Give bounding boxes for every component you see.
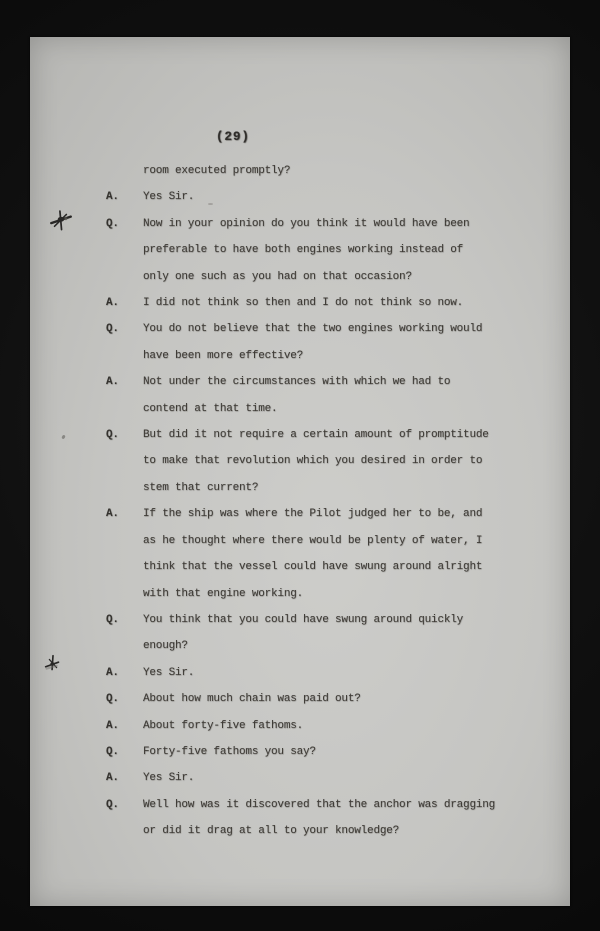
qa-entry: A. Yes Sir.: [106, 184, 556, 210]
transcript-line: enough?: [143, 633, 556, 659]
qa-entry: Q. But did it not require a certain amou…: [106, 422, 556, 501]
qa-entry: A. Not under the circumstances with whic…: [106, 369, 556, 422]
entry-lines: If the ship was where the Pilot judged h…: [143, 501, 556, 607]
transcript-line: think that the vessel could have swung a…: [143, 554, 556, 580]
transcript-line: But did it not require a certain amount …: [143, 422, 556, 448]
qa-entry: A. I did not think so then and I do not …: [106, 290, 556, 316]
ink-speck-icon: [61, 435, 66, 440]
speaker-marker: A.: [106, 290, 143, 316]
speaker-marker: Q.: [106, 686, 143, 712]
transcript-line: Yes Sir.: [143, 765, 556, 791]
document-page: (29) room executed promptly? A. Yes Sir.…: [30, 37, 570, 906]
entry-lines: Now in your opinion do you think it woul…: [143, 211, 556, 290]
entry-lines: About how much chain was paid out?: [143, 686, 556, 712]
qa-entry: A. About forty-five fathoms.: [106, 713, 556, 739]
qa-entry: A. Yes Sir.: [106, 765, 556, 791]
transcript-line: You think that you could have swung arou…: [143, 607, 556, 633]
speaker-marker: A.: [106, 184, 143, 210]
qa-entry: Q. You think that you could have swung a…: [106, 607, 556, 660]
transcript-line: Yes Sir.: [143, 184, 556, 210]
transcript: room executed promptly? A. Yes Sir. Q. N…: [106, 158, 556, 845]
entry-lines: room executed promptly?: [143, 158, 556, 184]
entry-lines: Forty-five fathoms you say?: [143, 739, 556, 765]
speaker-marker: A.: [106, 713, 143, 739]
qa-entry: A. If the ship was where the Pilot judge…: [106, 501, 556, 607]
entry-lines: Yes Sir.: [143, 765, 556, 791]
entry-lines: Yes Sir.: [143, 184, 556, 210]
speaker-marker: Q.: [106, 211, 143, 237]
transcript-line: Not under the circumstances with which w…: [143, 369, 556, 395]
entry-lines: You do not believe that the two engines …: [143, 316, 556, 369]
transcript-line: About forty-five fathoms.: [143, 713, 556, 739]
transcript-line: room executed promptly?: [143, 158, 556, 184]
speaker-marker: Q.: [106, 739, 143, 765]
ink-blot-icon: [42, 653, 64, 675]
qa-entry: Q. Forty-five fathoms you say?: [106, 739, 556, 765]
speaker-marker: A.: [106, 660, 143, 686]
transcript-line: preferable to have both engines working …: [143, 237, 556, 263]
transcript-line: Forty-five fathoms you say?: [143, 739, 556, 765]
qa-entry: A. Yes Sir.: [106, 660, 556, 686]
transcript-line: stem that current?: [143, 475, 556, 501]
transcript-line: contend at that time.: [143, 396, 556, 422]
transcript-line: or did it drag at all to your knowledge?: [143, 818, 556, 844]
entry-lines: Not under the circumstances with which w…: [143, 369, 556, 422]
speaker-marker: Q.: [106, 316, 143, 342]
scanned-document: (29) room executed promptly? A. Yes Sir.…: [0, 0, 600, 931]
qa-entry: Q. About how much chain was paid out?: [106, 686, 556, 712]
speaker-marker: A.: [106, 501, 143, 527]
qa-entry: room executed promptly?: [106, 158, 556, 184]
qa-entry: Q. You do not believe that the two engin…: [106, 316, 556, 369]
speaker-marker: A.: [106, 765, 143, 791]
transcript-line: Well how was it discovered that the anch…: [143, 792, 556, 818]
speaker-marker: A.: [106, 369, 143, 395]
qa-entry: Q. Well how was it discovered that the a…: [106, 792, 556, 845]
speaker-marker: Q.: [106, 792, 143, 818]
page-number: (29): [216, 130, 250, 144]
transcript-line: If the ship was where the Pilot judged h…: [143, 501, 556, 527]
entry-lines: You think that you could have swung arou…: [143, 607, 556, 660]
transcript-line: as he thought where there would be plent…: [143, 528, 556, 554]
transcript-line: have been more effective?: [143, 343, 556, 369]
entry-lines: I did not think so then and I do not thi…: [143, 290, 556, 316]
transcript-line: Yes Sir.: [143, 660, 556, 686]
transcript-line: with that engine working.: [143, 581, 556, 607]
transcript-line: I did not think so then and I do not thi…: [143, 290, 556, 316]
entry-lines: Yes Sir.: [143, 660, 556, 686]
entry-lines: Well how was it discovered that the anch…: [143, 792, 556, 845]
ink-blot-icon: [48, 209, 74, 235]
transcript-line: to make that revolution which you desire…: [143, 448, 556, 474]
transcript-line: About how much chain was paid out?: [143, 686, 556, 712]
ink-speck-icon: [208, 203, 213, 205]
transcript-line: Now in your opinion do you think it woul…: [143, 211, 556, 237]
transcript-line: only one such as you had on that occasio…: [143, 264, 556, 290]
speaker-marker: Q.: [106, 422, 143, 448]
qa-entry: Q. Now in your opinion do you think it w…: [106, 211, 556, 290]
speaker-marker: Q.: [106, 607, 143, 633]
transcript-line: You do not believe that the two engines …: [143, 316, 556, 342]
entry-lines: About forty-five fathoms.: [143, 713, 556, 739]
entry-lines: But did it not require a certain amount …: [143, 422, 556, 501]
